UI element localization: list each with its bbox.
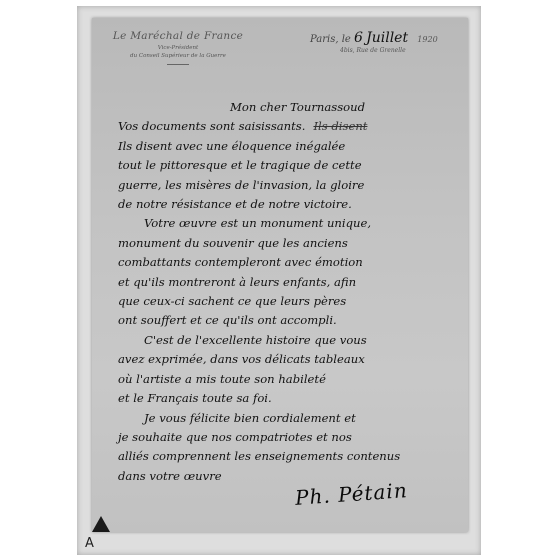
date-place: Paris, le (310, 34, 351, 45)
letterhead: Le Maréchal de France Vice-Président du … (103, 30, 253, 65)
letter-line-text: guerre, les misères de l'invasion, la gl… (118, 178, 364, 192)
letter-line-text: et le Français toute sa foi. (118, 391, 272, 405)
letterhead-subtitle: Vice-Président (103, 45, 253, 51)
letter-line: je souhaite que nos compatriotes et nos (118, 428, 448, 447)
letter-line-text: dans votre œuvre (118, 469, 222, 483)
letter-line: Votre œuvre est un monument unique, (118, 214, 448, 233)
letter-line: de notre résistance et de notre victoire… (118, 195, 448, 214)
dateline: Paris, le 6 Juillet 1920 4bis, Rue de Gr… (310, 30, 438, 54)
letterhead-title: Le Maréchal de France (103, 30, 253, 42)
letter-line-text: alliés comprennent les enseignements con… (118, 449, 400, 463)
letter-line: alliés comprennent les enseignements con… (118, 447, 448, 466)
letter-line: avez exprimée, dans vos délicats tableau… (118, 350, 448, 369)
letter-line-text: je souhaite que nos compatriotes et nos (118, 430, 352, 444)
letter-line-text: Ils disent avec une éloquence inégalée (118, 139, 345, 153)
letter-line: guerre, les misères de l'invasion, la gl… (118, 176, 448, 195)
letter-line-text: ont souffert et ce qu'ils ont accompli. (118, 313, 337, 327)
letter-line-text: avez exprimée, dans vos délicats tableau… (118, 352, 365, 366)
letter-line: C'est de l'excellente histoire que vous (118, 331, 448, 350)
letter-line: et le Français toute sa foi. (118, 389, 448, 408)
salutation: Mon cher Tournassoud (118, 98, 448, 117)
letter-line: et qu'ils montreront à leurs enfants, af… (118, 273, 448, 292)
letter-line-text: monument du souvenir que les anciens (118, 236, 348, 250)
letter-body: Mon cher Tournassoud Vos documents sont … (118, 98, 448, 486)
letter-line-text: combattants contempleront avec émotion (118, 255, 363, 269)
letter-line-text: Votre œuvre est un monument unique, (144, 216, 371, 230)
plate-corner-mark (92, 516, 110, 532)
letter-line: où l'artiste a mis toute son habileté (118, 370, 448, 389)
date-year: 1920 (417, 35, 437, 44)
letter-line-text: et qu'ils montreront à leurs enfants, af… (118, 275, 356, 289)
plate-label: A (85, 536, 94, 551)
letter-line-text: de notre résistance et de notre victoire… (118, 197, 352, 211)
letter-line: tout le pittoresque et le tragique de ce… (118, 156, 448, 175)
letter-line: ont souffert et ce qu'ils ont accompli. (118, 311, 448, 330)
letter-line: monument du souvenir que les anciens (118, 234, 448, 253)
letter-line-text: Vos documents sont saisissants. (118, 119, 305, 133)
letterhead-divider (167, 64, 189, 65)
letter-line: Ils disent avec une éloquence inégalée (118, 137, 448, 156)
letter-line-text: où l'artiste a mis toute son habileté (118, 372, 326, 386)
date-month: Juillet (366, 30, 408, 46)
letter-line: Je vous félicite bien cordialement et (118, 409, 448, 428)
letter-line-text: tout le pittoresque et le tragique de ce… (118, 158, 362, 172)
sender-address: 4bis, Rue de Grenelle (340, 47, 438, 54)
letterhead-subtitle-2: du Conseil Supérieur de la Guerre (103, 53, 253, 59)
letter-line: combattants contempleront avec émotion (118, 253, 448, 272)
letter-line: Vos documents sont saisissants.Ils disen… (118, 117, 448, 136)
letter-line-text: C'est de l'excellente histoire que vous (144, 333, 367, 347)
letter-line-text: que ceux-ci sachent ce que leurs pères (118, 294, 346, 308)
letter-line-text: Je vous félicite bien cordialement et (144, 411, 356, 425)
struck-text: Ils disent (313, 119, 367, 133)
letter-lines: Vos documents sont saisissants.Ils disen… (118, 117, 448, 486)
letter-line: que ceux-ci sachent ce que leurs pères (118, 292, 448, 311)
date-day: 6 (354, 30, 363, 46)
